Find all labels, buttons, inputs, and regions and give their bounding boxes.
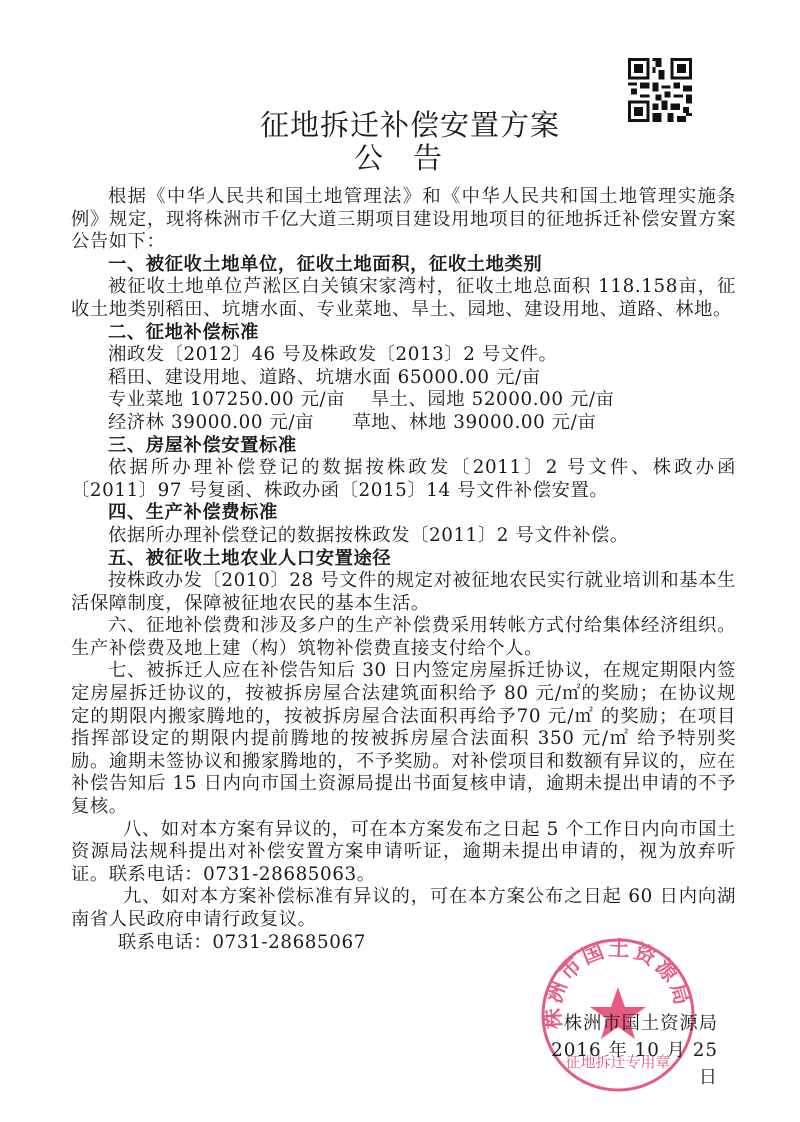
page-subtitle: 公告 xyxy=(0,136,800,177)
clause-9: 九、如对本方案补偿标准有异议的，可在本方案公布之日起 60 日内向湖南省人民政府… xyxy=(71,886,736,931)
section-basis: 湘政发〔2012〕46 号及株政发〔2013〕2 号文件。 xyxy=(71,344,736,367)
issue-date: 2016 年 10 月 25 日 xyxy=(540,1037,718,1091)
rate-line: 稻田、建设用地、道路、坑塘水面 65000.00 元/亩 xyxy=(71,367,736,390)
section-text: 依据所办理补偿登记的数据按株政发〔2011〕2 号文件补偿。 xyxy=(71,525,736,548)
intro-paragraph: 根据《中华人民共和国土地管理法》和《中华人民共和国土地管理实施条例》规定，现将株… xyxy=(71,186,736,254)
section-heading: 四、生产补偿费标准 xyxy=(71,502,736,525)
document-body: 根据《中华人民共和国土地管理法》和《中华人民共和国土地管理实施条例》规定，现将株… xyxy=(71,186,736,954)
rate-line: 经济林 39000.00 元/亩 草地、林地 39000.00 元/亩 xyxy=(71,412,736,435)
section-heading: 三、房屋补偿安置标准 xyxy=(71,435,736,458)
section-heading: 五、被征收土地农业人口安置途径 xyxy=(71,548,736,571)
clause-6: 六、征地补偿费和涉及多户的生产补偿费采用转帐方式付给集体经济组织。生产补偿费及地… xyxy=(71,615,736,660)
issuer-name: 株洲市国土资源局 xyxy=(540,1010,718,1037)
clause-8: 八、如对本方案有异议的，可在本方案发布之日起 5 个工作日内向市国土资源局法规科… xyxy=(71,819,736,887)
rate-line: 专业菜地 107250.00 元/亩 旱土、园地 52000.00 元/亩 xyxy=(71,389,736,412)
section-heading: 一、被征收土地单位，征收土地面积，征收土地类别 xyxy=(71,254,736,277)
signature-block: 株洲市国土资源局 2016 年 10 月 25 日 xyxy=(540,1010,718,1091)
section-heading: 二、征地补偿标准 xyxy=(71,322,736,345)
clause-7: 七、被拆迁人应在补偿告知后 30 日内签定房屋拆迁协议，在规定期限内签定房屋拆迁… xyxy=(71,660,736,818)
section-text: 按株政办发〔2010〕28 号文件的规定对被征地农民实行就业培训和基本生活保障制… xyxy=(71,570,736,615)
section-text: 被征收土地单位芦淞区白关镇宋家湾村，征收土地总面积 118.158亩，征收土地类… xyxy=(71,276,736,321)
section-text: 依据所办理补偿登记的数据按株政发〔2011〕2 号文件、株政办函〔2011〕97… xyxy=(71,457,736,502)
